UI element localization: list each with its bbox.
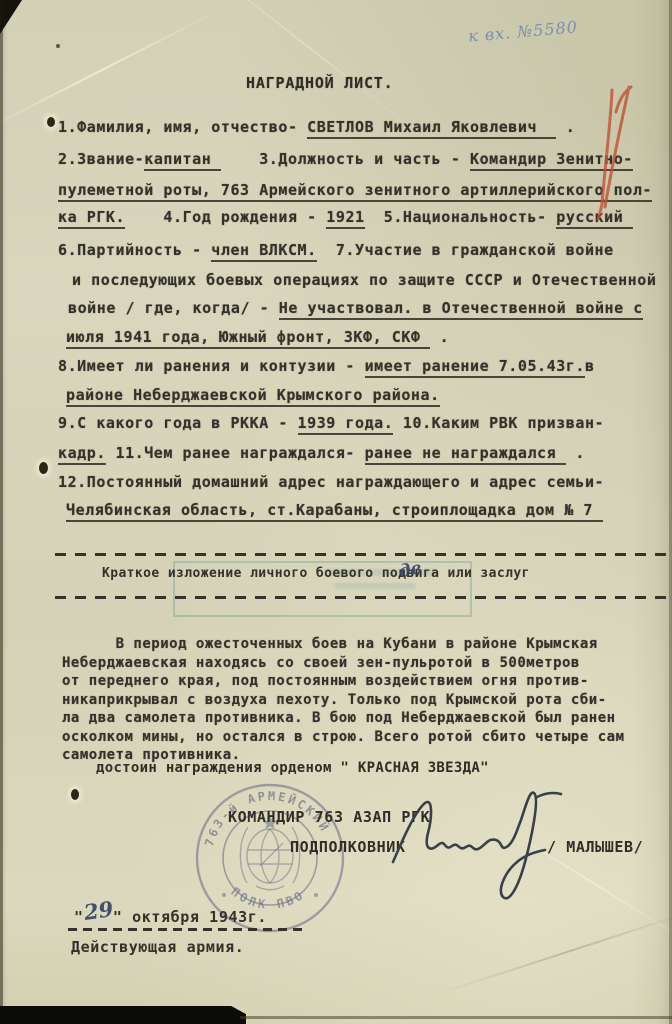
form-field-line: и последующих боевых операциях по защите… xyxy=(72,271,656,289)
handwritten-registry-note: к вх. №5580 xyxy=(467,17,578,46)
form-label-text: 2.Звание- xyxy=(58,150,144,168)
scan-edge-bottom xyxy=(240,1016,672,1019)
form-field-line: 1.Фамилия, имя, отчество- СВЕТЛОВ Михаил… xyxy=(58,118,575,136)
form-field-line: 6.Партийность - член ВЛКСМ. 7.Участие в … xyxy=(58,241,614,259)
scan-black-band xyxy=(0,1006,246,1024)
paper-sheet: 763-й АРМЕЙСКИЙ ПОЛК ПВО к вх. №5580 НАГ… xyxy=(0,0,672,1024)
scan-edge-corner xyxy=(0,0,22,34)
faint-stamp-text-line xyxy=(335,583,415,589)
form-field-line: войне / где, когда/ - Не участвовал. в О… xyxy=(68,299,643,317)
date-rest: " октября 1943г. xyxy=(113,908,267,926)
paragraph-line: ла два самолета противника. В бою под Не… xyxy=(62,710,616,726)
form-label-text: 10.Каким РВК призван- xyxy=(393,414,604,432)
form-label-text: 11.Чем ранее награждался- xyxy=(106,444,365,462)
filled-in-value: 1921 xyxy=(326,208,364,229)
form-field-line: 9.С какого года в РККА - 1939 года. 10.К… xyxy=(58,414,604,432)
paper-hole xyxy=(47,117,55,127)
filled-in-value: капитан xyxy=(144,150,221,171)
paragraph-line: от переднего края, под постоянным воздей… xyxy=(62,673,589,689)
paper-hole xyxy=(71,789,79,800)
form-label-text: 9.С какого года в РККА - xyxy=(58,414,298,432)
form-field-line: пулеметной роты, 763 Армейского зенитног… xyxy=(58,181,652,199)
paper-crease xyxy=(437,907,672,995)
award-recommendation-line: достоин награждения орденом " КРАСНАЯ ЗВ… xyxy=(96,760,489,776)
filled-in-value: член ВЛКСМ. xyxy=(211,241,316,262)
filled-in-value: ранее не награждался xyxy=(365,444,566,465)
form-label-text: 8.Имеет ли ранения и контузии - xyxy=(58,357,365,375)
paper-crease xyxy=(0,11,216,131)
form-label-text: 4.Год рождения - xyxy=(125,208,326,226)
form-label-text: 3.Должность и часть - xyxy=(221,150,470,168)
form-label-text: 6.Партийность - xyxy=(58,241,211,259)
commander-title-line: КОМАНДИР 763 АЗАП РГК xyxy=(228,808,430,826)
filled-in-value: Командир Зенитно- xyxy=(470,150,633,171)
filled-in-value: имеет ранение 7.05.43г. xyxy=(365,357,585,378)
filled-in-value: русский xyxy=(556,208,633,229)
paragraph-line: В период ожесточенных боев на Кубани в р… xyxy=(62,636,598,652)
filled-in-value: 1939 года. xyxy=(298,414,394,435)
active-army-line: Действующая армия. xyxy=(71,938,244,956)
form-field-line: июля 1941 года, Южный фронт, ЗКФ, СКФ . xyxy=(66,328,449,346)
section-header: Краткое изложение личного боевого подвиг… xyxy=(102,566,530,581)
stamp-emblem xyxy=(240,827,299,890)
form-label-text: 5.Национальность- xyxy=(365,208,557,226)
rank-line: ПОДПОЛКОВНИК xyxy=(290,838,406,856)
filled-in-value: кадр. xyxy=(58,444,106,465)
handwritten-day: 29 xyxy=(82,896,114,925)
paper-crease xyxy=(181,0,418,133)
filled-in-value: Не участвовал. в Отечественной войне с xyxy=(279,299,643,320)
dashed-separator-top xyxy=(55,553,672,556)
signature-name: / МАЛЫШЕВ/ xyxy=(547,838,643,856)
filled-in-value: районе Неберджаевской Крымского района. xyxy=(66,386,440,407)
form-label-text: 7.Участие в гражданской войне xyxy=(317,241,614,259)
filled-in-value: СВЕТЛОВ Михаил Яковлевич xyxy=(307,118,556,139)
date-open-quote: " xyxy=(74,908,84,926)
form-label-text: . xyxy=(430,328,449,346)
form-label-text: 1.Фамилия, имя, отчество- xyxy=(58,118,307,136)
form-label-text: в xyxy=(585,357,595,375)
scanned-document: 763-й АРМЕЙСКИЙ ПОЛК ПВО к вх. №5580 НАГ… xyxy=(0,0,672,1024)
form-field-line: кадр. 11.Чем ранее награждался- ранее не… xyxy=(58,444,585,462)
filled-in-value: ка РГК. xyxy=(58,208,125,229)
form-field-line: 2.Звание-капитан 3.Должность и часть - К… xyxy=(58,150,633,168)
form-label-text: . xyxy=(566,444,585,462)
paragraph-line: осколком мины, но остался в строю. Всего… xyxy=(62,729,625,745)
form-label-text: войне / где, когда/ - xyxy=(68,299,279,317)
date-line: "29" октября 1943г. xyxy=(74,902,267,927)
filled-in-value: пулеметной роты, 763 Армейского зенитног… xyxy=(58,181,652,202)
paper-hole xyxy=(39,462,48,474)
form-field-line: 12.Постоянный домашний адрес награждающе… xyxy=(58,473,604,491)
form-field-line: районе Неберджаевской Крымского района. xyxy=(66,386,440,404)
paragraph-line: никаприкрывал с воздуха пехоту. Только п… xyxy=(62,692,607,708)
form-label-text: 12.Постоянный домашний адрес награждающе… xyxy=(58,473,604,491)
form-field-line: Челябинская область, ст.Карабаны, строип… xyxy=(66,501,603,519)
paragraph-line: Неберджаевская находясь со своей зен-пул… xyxy=(62,655,580,671)
form-field-line: ка РГК. 4.Год рождения - 1921 5.Национал… xyxy=(58,208,633,226)
form-label-text: . xyxy=(556,118,575,136)
stamp-dot xyxy=(222,893,226,897)
filled-in-value: Челябинская область, ст.Карабаны, строип… xyxy=(66,501,603,522)
scan-edge-left xyxy=(0,0,3,1024)
filled-in-value: июля 1941 года, Южный фронт, ЗКФ, СКФ xyxy=(66,328,430,349)
form-field-line: 8.Имеет ли ранения и контузии - имеет ра… xyxy=(58,357,595,375)
date-underline xyxy=(68,928,304,931)
form-label-text: и последующих боевых операциях по защите… xyxy=(72,271,656,289)
paper-speck xyxy=(56,44,60,48)
dashed-separator-bottom xyxy=(55,596,672,599)
document-title: НАГРАДНОЙ ЛИСТ. xyxy=(246,74,393,92)
stamp-dot xyxy=(314,893,318,897)
